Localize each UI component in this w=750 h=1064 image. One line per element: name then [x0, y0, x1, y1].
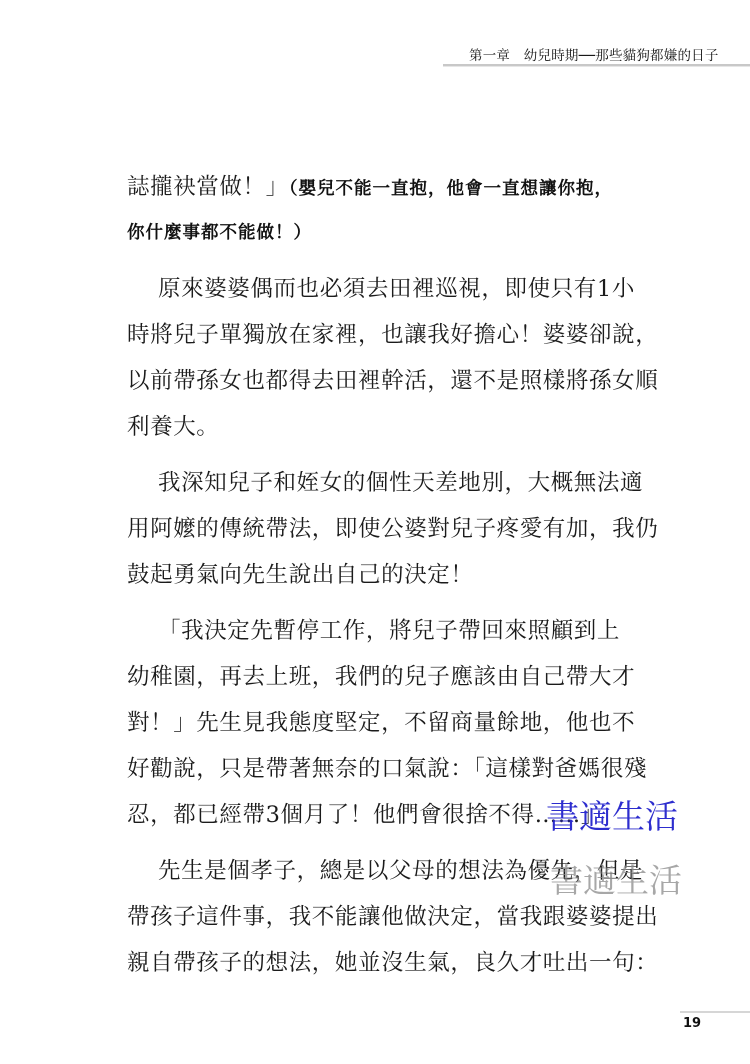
paragraph: 我深知兒子和姪女的個性天差地別，大概無法適 用阿嬤的傳統帶法，即使公婆對兒子疼愛… [127, 468, 631, 606]
running-header: 第一章 幼兒時期──那些貓狗都嫌的日子 [443, 42, 750, 66]
paragraph: 誌攏袂當做！」（嬰兒不能一直抱，他會一直想讓你抱， 你什麼事都不能做！） [127, 172, 631, 264]
page-footer: 19 [680, 1011, 750, 1013]
text-line: 鼓起勇氣向先生說出自己的決定！ [127, 560, 631, 606]
watermark-blue: 書適生活 [546, 791, 678, 838]
page-number: 19 [683, 1016, 701, 1031]
text-line: 時將兒子單獨放在家裡，也讓我好擔心！婆婆卻說， [127, 320, 631, 366]
text-line: 對！」先生見我態度堅定，不留商量餘地，他也不 [127, 708, 631, 754]
translation-note: （嬰兒不能一直抱，他會一直想讓你抱， [289, 179, 613, 199]
paragraph: 原來婆婆偶而也必須去田裡巡視，即使只有1小 時將兒子單獨放在家裡，也讓我好擔心！… [127, 274, 631, 458]
text-line: 原來婆婆偶而也必須去田裡巡視，即使只有1小 [127, 274, 631, 320]
text-line: 利養大。 [127, 412, 631, 458]
dialect-quote: 誌攏袂當做！」 [127, 174, 289, 200]
chapter-title: 第一章 幼兒時期──那些貓狗都嫌的日子 [469, 44, 719, 64]
text-line: 誌攏袂當做！」（嬰兒不能一直抱，他會一直想讓你抱， [127, 172, 631, 218]
text-line: 你什麼事都不能做！） [127, 218, 631, 264]
watermark-gray: 書適生活 [550, 855, 682, 902]
text-line: 「我決定先暫停工作，將兒子帶回來照顧到上 [127, 616, 631, 662]
text-line: 以前帶孫女也都得去田裡幹活，還不是照樣將孫女順 [127, 366, 631, 412]
text-line: 我深知兒子和姪女的個性天差地別，大概無法適 [127, 468, 631, 514]
text-line: 帶孩子這件事，我不能讓他做決定，當我跟婆婆提出 [127, 902, 631, 948]
text-line: 用阿嬤的傳統帶法，即使公婆對兒子疼愛有加，我仍 [127, 514, 631, 560]
text-line: 親自帶孩子的想法，她並沒生氣，良久才吐出一句： [127, 948, 631, 994]
text-line: 幼稚園，再去上班，我們的兒子應該由自己帶大才 [127, 662, 631, 708]
translation-note: 你什麼事都不能做！） [127, 223, 312, 243]
